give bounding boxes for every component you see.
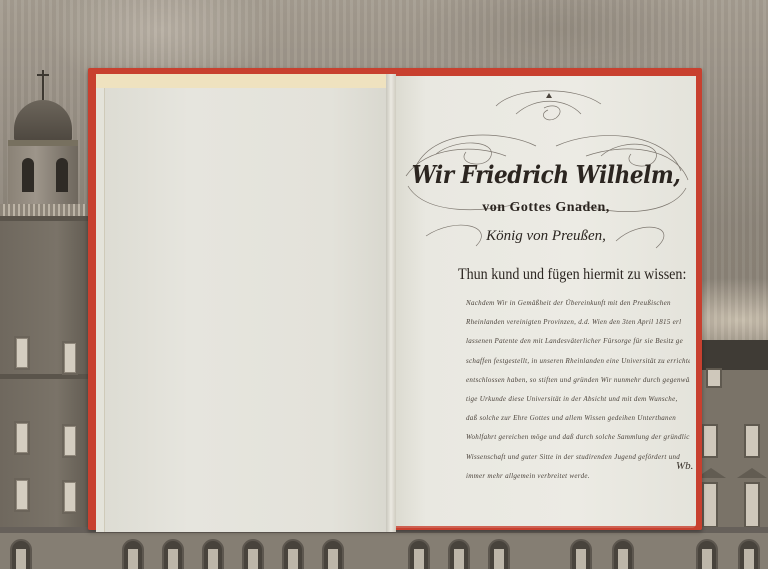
tower-balustrade: [0, 204, 95, 216]
tower-window: [14, 478, 30, 512]
body-line: Nachdem Wir in Gemäßheit der Übereinkunf…: [466, 294, 690, 313]
arcade-arch: [322, 539, 344, 569]
charter-body: Nachdem Wir in Gemäßheit der Übereinkunf…: [466, 294, 690, 486]
tower-window: [62, 480, 78, 514]
lantern-arch-window: [22, 158, 34, 192]
binding-bottom-edge: [396, 526, 696, 529]
body-line: tige Urkunde diese Universität in der Ab…: [466, 390, 690, 409]
body-line: entschlossen haben, so stiften und gründ…: [466, 371, 690, 390]
palace-roof: [700, 340, 768, 370]
palace-window: [702, 424, 718, 458]
body-line: lassenen Patente den mit Landesväterlich…: [466, 332, 690, 351]
charter-king-line: König von Preußen,: [396, 228, 696, 245]
ground-floor-arcade: [0, 527, 768, 569]
tower-window: [14, 421, 30, 455]
body-line: Rheinlanden vereinigten Provinzen, d.d. …: [466, 313, 690, 332]
domed-tower: [0, 70, 95, 569]
palace-window: [706, 368, 722, 388]
palace-window: [744, 482, 760, 528]
tower-window: [62, 424, 78, 458]
tower-body: [0, 216, 95, 569]
tower-window: [62, 341, 78, 375]
arcade-arch: [282, 539, 304, 569]
body-line: daß solche zur Ehre Gottes und allem Wis…: [466, 409, 690, 428]
arcade-arch: [612, 539, 634, 569]
window-pediment: [737, 468, 767, 478]
palace-window: [702, 482, 718, 528]
body-line: Wissenschaft und guter Sitte in der stud…: [466, 448, 690, 467]
palace-window: [744, 424, 760, 458]
tower-dome: [14, 100, 72, 142]
proclamation-heading: Thun kund und fügen hiermit zu wissen:: [458, 266, 669, 284]
arcade-arch: [408, 539, 430, 569]
weather-vane: [37, 74, 49, 76]
body-line: Wohlfahrt gereichen möge und daß durch s…: [466, 428, 690, 447]
arcade-arch: [162, 539, 184, 569]
arcade-arch: [10, 539, 32, 569]
charter-grace-line: von Gottes Gnaden,: [396, 200, 696, 216]
left-page: [96, 74, 387, 532]
arcade-arch: [488, 539, 510, 569]
arcade-arch: [448, 539, 470, 569]
body-line: schaffen festgestellt, in unseren Rheinl…: [466, 352, 690, 371]
right-page: Wir Friedrich Wilhelm, von Gottes Gnaden…: [396, 76, 696, 528]
arcade-arch: [696, 539, 718, 569]
charter-title: Wir Friedrich Wilhelm,: [411, 160, 681, 189]
lantern-arch-window: [56, 158, 68, 192]
arcade-arch: [738, 539, 760, 569]
book-gutter: [386, 74, 396, 532]
cornice: [0, 374, 95, 379]
arcade-arch: [242, 539, 264, 569]
cornice: [0, 216, 95, 221]
arcade-arch: [122, 539, 144, 569]
tower-window: [14, 336, 30, 370]
left-page-blank-sheet: [104, 88, 387, 532]
arcade-arch: [202, 539, 224, 569]
body-line: immer mehr allgemein verbreitet werde.: [466, 467, 690, 486]
arcade-arch: [570, 539, 592, 569]
page-marker: Wb.: [676, 460, 693, 472]
